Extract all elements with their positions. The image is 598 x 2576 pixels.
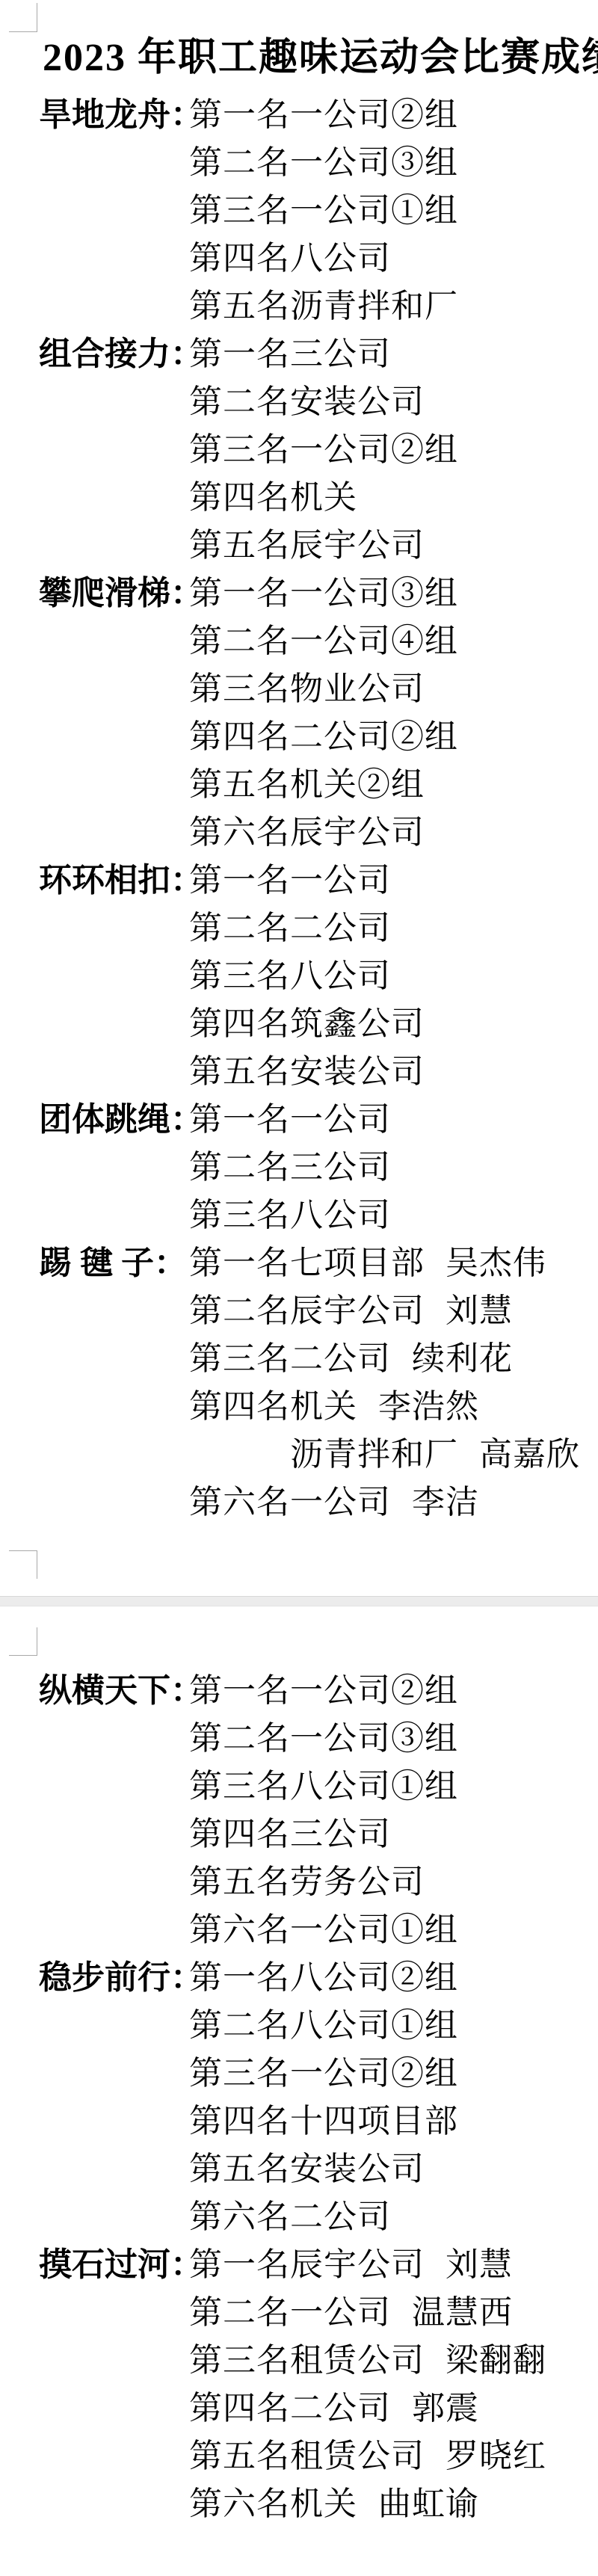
team-name: 筑鑫公司: [290, 1005, 425, 1042]
rank-label: 第六名: [189, 1906, 290, 1954]
rank-label: 第六名: [189, 809, 290, 857]
team-name: 二公司: [290, 910, 391, 946]
team-name: 八公司: [290, 240, 391, 277]
person-name: 温慧西: [412, 2294, 513, 2331]
result-row: 第六名一公司李洁: [0, 1479, 598, 1526]
result-row: 第六名辰宇公司: [0, 809, 598, 857]
result-row: 第四名二公司②组: [0, 713, 598, 761]
rank-label: 第四名: [189, 235, 290, 283]
team-name: 一公司①组: [290, 1911, 458, 1948]
team-name: 八公司②组: [290, 1959, 458, 1996]
result-row: 第三名一公司②组: [0, 2050, 598, 2098]
rank-label: 第一名: [189, 570, 290, 617]
rank-label: 第三名: [189, 2337, 290, 2385]
team-name: 一公司②组: [290, 1672, 458, 1709]
team-name: 一公司②组: [290, 2055, 458, 2092]
result-row: 第三名物业公司: [0, 665, 598, 713]
rank-label: 第一名: [189, 91, 290, 139]
result-row: 第六名机关曲虹谕: [0, 2480, 598, 2528]
team-name: 一公司④组: [290, 623, 458, 659]
team-name: 八公司: [290, 958, 391, 994]
rank-label: 第二名: [189, 617, 290, 665]
rank-label: 第五名: [189, 522, 290, 570]
result-row: 第五名租赁公司罗晓红: [0, 2432, 598, 2480]
rank-label: 第六名: [189, 2193, 290, 2241]
result-row: 沥青拌和厂高嘉欣: [0, 1431, 598, 1479]
result-row: 第四名八公司: [0, 235, 598, 283]
rank-label: 第一名: [189, 1667, 290, 1715]
team-name: 辰宇公司: [290, 814, 425, 851]
person-name: 罗晓红: [446, 2438, 546, 2474]
result-row: 旱地龙舟：第一名一公司②组: [0, 91, 598, 139]
rank-label: 第一名: [189, 857, 290, 905]
rank-label: 第四名: [189, 474, 290, 522]
event-label: 组合接力：: [39, 330, 189, 378]
result-row: 第四名筑鑫公司: [0, 1000, 598, 1048]
team-name: 机关②组: [290, 766, 425, 803]
result-row: 第五名安装公司: [0, 1048, 598, 1096]
rank-label: 第一名: [189, 1096, 290, 1144]
team-name: 一公司: [290, 2294, 391, 2331]
event-label: 摸石过河：: [39, 2241, 189, 2289]
team-name: 安装公司: [290, 2151, 425, 2187]
event-label: 旱地龙舟：: [39, 91, 189, 139]
team-name: 一公司: [290, 1484, 391, 1520]
result-row: 第二名三公司: [0, 1144, 598, 1192]
team-name: 三公司: [290, 1149, 391, 1186]
rank-label: 第一名: [189, 1239, 290, 1287]
team-name: 一公司: [290, 862, 391, 899]
document-page-2: 纵横天下：第一名一公司②组第二名一公司③组第三名八公司①组第四名三公司第五名劳务…: [0, 1606, 598, 2576]
rank-label: 第三名: [189, 187, 290, 235]
team-name: 二公司: [290, 2390, 391, 2426]
person-name: 梁翻翻: [446, 2342, 546, 2379]
team-name: 一公司②组: [290, 96, 458, 133]
rank-label: 第六名: [189, 2480, 290, 2528]
result-row: 第五名安装公司: [0, 2145, 598, 2193]
rank-label: 第二名: [189, 139, 290, 187]
result-row: 纵横天下：第一名一公司②组: [0, 1667, 598, 1715]
team-name: 租赁公司: [290, 2342, 425, 2379]
result-row: 第四名机关李浩然: [0, 1383, 598, 1431]
crop-mark-page1-bottomleft-horizontal: [9, 1550, 37, 1551]
result-row: 第三名二公司续利花: [0, 1335, 598, 1383]
person-name: 高嘉欣: [479, 1436, 580, 1473]
team-name: 沥青拌和厂: [290, 288, 458, 324]
rank-label: 第三名: [189, 1192, 290, 1239]
rank-label: 第一名: [189, 330, 290, 378]
page-2-results: 纵横天下：第一名一公司②组第二名一公司③组第三名八公司①组第四名三公司第五名劳务…: [0, 1606, 598, 2528]
team-name: 二公司②组: [290, 718, 458, 755]
result-row: 第二名一公司③组: [0, 139, 598, 187]
team-name: 机关: [290, 2486, 357, 2522]
result-row: 环环相扣：第一名一公司: [0, 857, 598, 905]
result-row: 第五名机关②组: [0, 761, 598, 809]
result-row: 稳步前行：第一名八公司②组: [0, 1954, 598, 2002]
rank-label: 第二名: [189, 1287, 290, 1335]
rank-label: 第四名: [189, 1383, 290, 1431]
rank-label: 第二名: [189, 2289, 290, 2337]
document-view: 2023 年职工趣味运动会比赛成绩 旱地龙舟：第一名一公司②组第二名一公司③组第…: [0, 0, 598, 2576]
result-row: 摸石过河：第一名辰宇公司刘慧: [0, 2241, 598, 2289]
person-name: 刘慧: [446, 2246, 513, 2283]
team-name: 一公司①组: [290, 192, 458, 229]
event-label: 环环相扣：: [39, 857, 189, 905]
team-name: 辰宇公司: [290, 1292, 425, 1329]
team-name: 二公司: [290, 2198, 391, 2235]
team-name: 安装公司: [290, 383, 425, 420]
event-label: 团体跳绳：: [39, 1096, 189, 1144]
team-name: 二公司: [290, 1340, 391, 1377]
team-name: 机关: [290, 479, 357, 516]
page-divider: [0, 1596, 598, 1606]
team-name: 一公司②组: [290, 431, 458, 468]
result-row: 第四名十四项目部: [0, 2098, 598, 2145]
person-name: 郭震: [412, 2390, 479, 2426]
team-name: 劳务公司: [290, 1864, 425, 1900]
result-row: 第五名辰宇公司: [0, 522, 598, 570]
result-row: 第四名三公司: [0, 1811, 598, 1858]
result-row: 组合接力：第一名三公司: [0, 330, 598, 378]
rank-label: 第二名: [189, 1715, 290, 1763]
result-row: 第二名辰宇公司刘慧: [0, 1287, 598, 1335]
rank-label: 第五名: [189, 761, 290, 809]
team-name: 一公司③组: [290, 1720, 458, 1757]
result-row: 第三名一公司②组: [0, 426, 598, 474]
team-name: 物业公司: [290, 671, 425, 707]
rank-label: 第四名: [189, 713, 290, 761]
team-name: 八公司①组: [290, 2007, 458, 2044]
event-label: 踢 毽 子：: [39, 1239, 189, 1287]
rank-label: 第五名: [189, 2432, 290, 2480]
result-row: 第六名二公司: [0, 2193, 598, 2241]
team-name: 安装公司: [290, 1053, 425, 1090]
team-name: 三公司: [290, 1816, 391, 1852]
result-row: 踢 毽 子：第一名七项目部吴杰伟: [0, 1239, 598, 1287]
event-label: 稳步前行：: [39, 1954, 189, 2002]
result-row: 第四名二公司郭震: [0, 2385, 598, 2432]
result-row: 第六名一公司①组: [0, 1906, 598, 1954]
team-name: 辰宇公司: [290, 527, 425, 564]
result-row: 第三名八公司: [0, 952, 598, 1000]
team-name: 七项目部: [290, 1245, 425, 1281]
person-name: 李洁: [412, 1484, 479, 1520]
result-row: 第五名劳务公司: [0, 1858, 598, 1906]
rank-label: 第五名: [189, 2145, 290, 2193]
crop-mark-page1-bottomleft-vertical: [37, 1550, 37, 1579]
result-row: 第三名一公司①组: [0, 187, 598, 235]
result-row: 第二名一公司④组: [0, 617, 598, 665]
event-label: 纵横天下：: [39, 1667, 189, 1715]
team-name: 沥青拌和厂: [290, 1436, 458, 1473]
rank-label: 第五名: [189, 283, 290, 330]
rank-label: 第四名: [189, 2385, 290, 2432]
result-row: 第三名八公司①组: [0, 1763, 598, 1811]
rank-label: 第三名: [189, 1335, 290, 1383]
rank-label: 第二名: [189, 2002, 290, 2050]
result-row: 第二名二公司: [0, 905, 598, 952]
rank-label: 第四名: [189, 2098, 290, 2145]
result-row: 第五名沥青拌和厂: [0, 283, 598, 330]
team-name: 八公司①组: [290, 1768, 458, 1805]
rank-label: 第二名: [189, 1144, 290, 1192]
rank-label: 第四名: [189, 1000, 290, 1048]
result-row: 第二名一公司③组: [0, 1715, 598, 1763]
rank-label: 第四名: [189, 1811, 290, 1858]
result-row: 第四名机关: [0, 474, 598, 522]
person-name: 曲虹谕: [378, 2486, 479, 2522]
crop-mark-page2-topleft-horizontal: [9, 1655, 37, 1656]
person-name: 吴杰伟: [446, 1245, 546, 1281]
rank-label: 第一名: [189, 1954, 290, 2002]
rank-label: 第三名: [189, 1763, 290, 1811]
team-name: 十四项目部: [290, 2103, 458, 2139]
rank-label: 第三名: [189, 952, 290, 1000]
event-label: 攀爬滑梯：: [39, 570, 189, 617]
rank-label: 第三名: [189, 2050, 290, 2098]
team-name: 一公司③组: [290, 575, 458, 611]
team-name: 一公司③组: [290, 144, 458, 181]
result-row: 第二名八公司①组: [0, 2002, 598, 2050]
result-row: 第二名安装公司: [0, 378, 598, 426]
crop-mark-page2-topleft-vertical: [37, 1627, 37, 1656]
crop-mark-page1-topleft-horizontal: [9, 31, 37, 32]
result-row: 第三名八公司: [0, 1192, 598, 1239]
team-name: 一公司: [290, 1101, 391, 1138]
document-page-1: 2023 年职工趣味运动会比赛成绩 旱地龙舟：第一名一公司②组第二名一公司③组第…: [0, 0, 598, 1596]
rank-label: 第二名: [189, 905, 290, 952]
result-row: 团体跳绳：第一名一公司: [0, 1096, 598, 1144]
rank-label: 第二名: [189, 378, 290, 426]
team-name: 机关: [290, 1388, 357, 1425]
person-name: 续利花: [412, 1340, 513, 1377]
team-name: 辰宇公司: [290, 2246, 425, 2283]
rank-label: 第六名: [189, 1479, 290, 1526]
rank-label: 第一名: [189, 2241, 290, 2289]
rank-label: 第五名: [189, 1048, 290, 1096]
rank-label: 第五名: [189, 1858, 290, 1906]
rank-label: 第三名: [189, 665, 290, 713]
page-1-results: 旱地龙舟：第一名一公司②组第二名一公司③组第三名一公司①组第四名八公司第五名沥青…: [0, 91, 598, 1526]
person-name: 刘慧: [446, 1292, 513, 1329]
rank-label: 第三名: [189, 426, 290, 474]
crop-mark-page1-topleft-vertical: [37, 3, 37, 32]
result-row: 攀爬滑梯：第一名一公司③组: [0, 570, 598, 617]
result-row: 第二名一公司温慧西: [0, 2289, 598, 2337]
person-name: 李浩然: [378, 1388, 479, 1425]
team-name: 三公司: [290, 336, 391, 372]
document-title: 2023 年职工趣味运动会比赛成绩: [0, 0, 598, 82]
result-row: 第三名租赁公司梁翻翻: [0, 2337, 598, 2385]
team-name: 八公司: [290, 1197, 391, 1233]
team-name: 租赁公司: [290, 2438, 425, 2474]
